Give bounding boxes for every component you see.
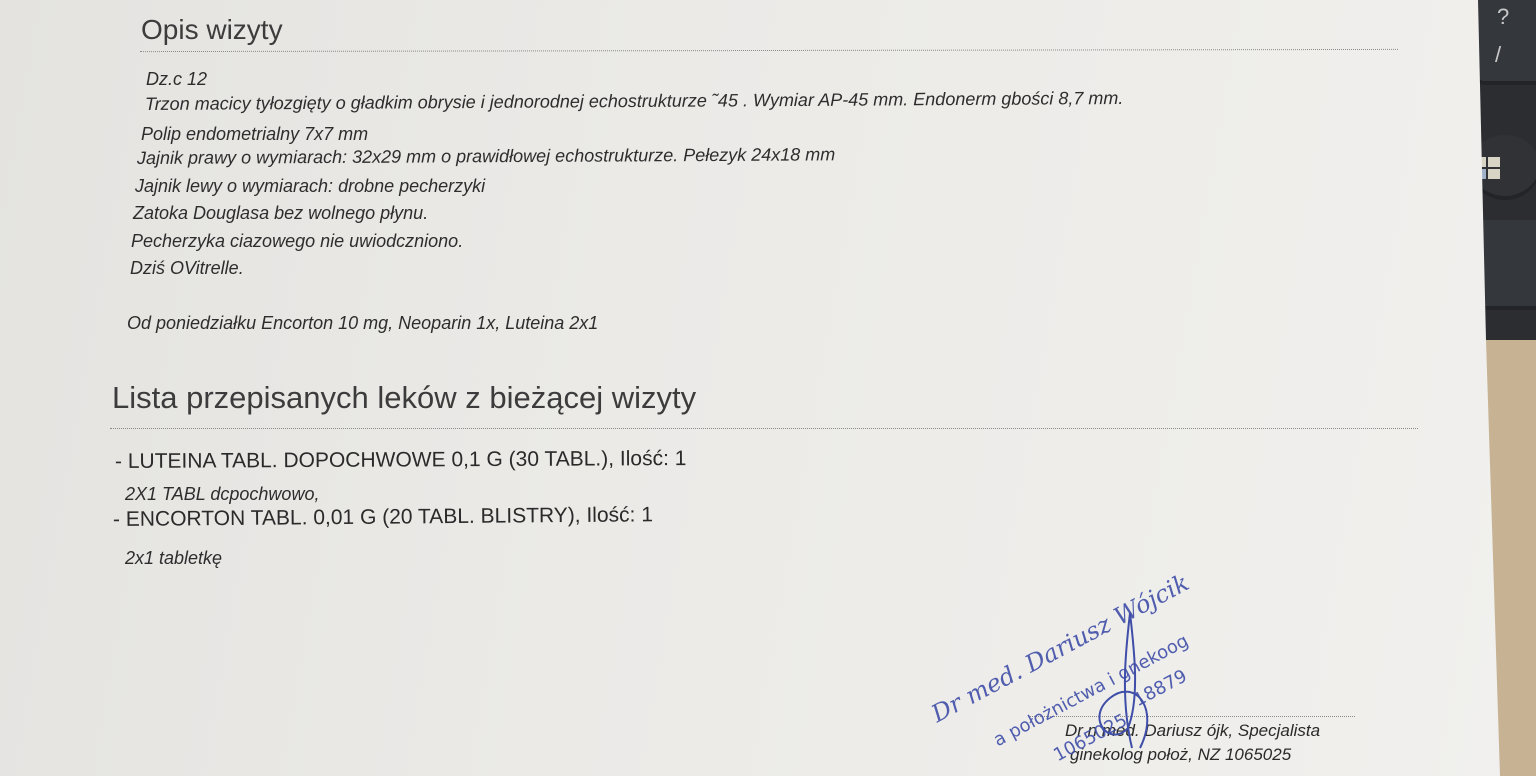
prescriptions-heading: Lista przepisanych leków z bieżącej wizy… [112,380,696,416]
handwritten-signature-icon [1080,608,1200,758]
visit-line: Trzon macicy tyłozgięty o gładkim obrysi… [145,88,1123,115]
visit-description-heading: Opis wizyty [141,14,283,46]
medical-document: Opis wizyty Dz.c 12 Trzon macicy tyłozgi… [0,0,1536,776]
keyboard-key-question: ? / [1475,0,1536,85]
prescription-item-dosage: 2X1 TABL dcpochwowo, [125,484,319,505]
prescription-item-name: - ENCORTON TABL. 0,01 G (20 TABL. BLISTR… [113,503,653,532]
visit-line: Pecherzyka ciazowego nie uwiodczniono. [131,231,463,252]
visit-line: Dz.c 12 [146,69,207,90]
prescription-item-name: - LUTEINA TABL. DOPOCHWOWE 0,1 G (30 TAB… [115,447,687,474]
slash-glyph: / [1495,42,1501,68]
question-glyph: ? [1497,4,1509,30]
visit-line: Dziś OVitrelle. [130,258,244,279]
visit-line: Polip endometrialny 7x7 mm [141,124,368,145]
recommendation-line: Od poniedziałku Encorton 10 mg, Neoparin… [127,313,598,334]
prescriptions-divider [110,428,1418,429]
heading-divider [140,49,1398,52]
visit-line: Jajnik prawy o wymiarach: 32x29 mm o pra… [137,144,835,169]
visit-line: Jajnik lewy o wymiarach: drobne pecherzy… [135,176,485,197]
prescription-item-dosage: 2x1 tabletkę [125,548,222,569]
visit-line: Zatoka Douglasa bez wolnego płynu. [133,203,428,224]
